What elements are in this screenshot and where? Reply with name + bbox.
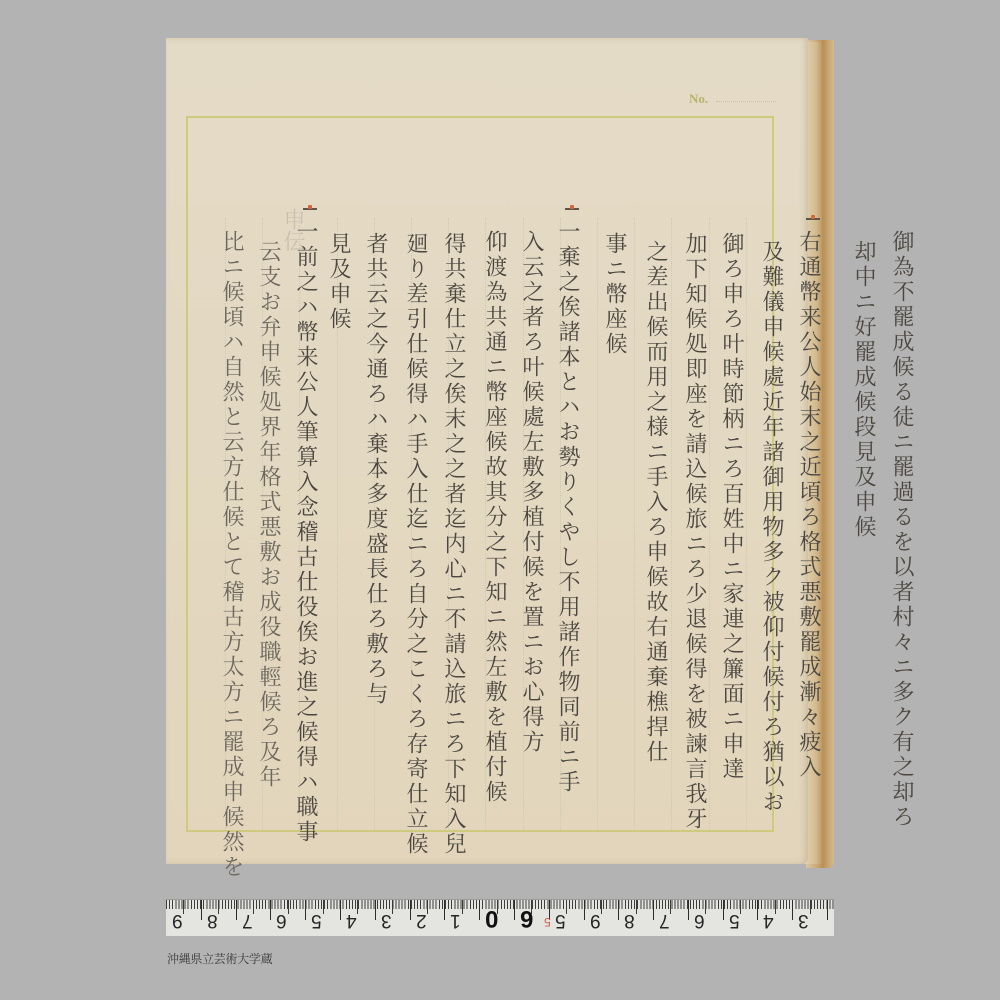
manuscript-text-column: 右通幣来公人始末之近頃ろ格式悪敷罷成漸々疲入 (788, 230, 828, 780)
ruler-number: 5 (555, 910, 566, 930)
ruler-number: 8 (624, 910, 635, 930)
ruler-major-tick (653, 900, 654, 920)
manuscript-text-column: 廻り差引仕候得ハ手入仕迄ニろ自分之こくろ存寄仕立候 (395, 232, 435, 857)
manuscript-text-column: 却中ニ好罷成候段見及申候 (843, 240, 883, 540)
ruler-major-tick (514, 900, 515, 920)
ruler-half-tick (323, 900, 324, 914)
manuscript-text-column: 仰渡為共通ニ幣座候故其分之下知ニ然左敷を植付候 (474, 230, 514, 805)
ruler-number: 6 (694, 910, 705, 930)
ruler-major-tick (792, 900, 793, 920)
item-marker-icon (565, 208, 579, 210)
manuscript-text-column: 比ニ候頃ハ自然と云方仕候とて稽古方太方ニ罷成申候然を (211, 230, 251, 880)
manuscript-text-column: 入云之者ろ叶候處左敷多植付候を置ニお心得方 (511, 230, 551, 755)
ruler-number: 8 (207, 910, 218, 930)
ruler-number: 5 (311, 910, 322, 930)
ruler-number: 4 (346, 910, 357, 930)
ruler-half-tick (253, 900, 254, 914)
manuscript-text-column: 者共云之今通ろハ棄本多度盛長仕ろ敷ろ与 (355, 232, 395, 707)
ruler-number: 7 (242, 910, 253, 930)
ruler-half-tick (566, 900, 567, 914)
manuscript-text-column: 御為不罷成候る徒ニ罷過るを以者村々ニ多ク有之却ろ (881, 230, 921, 830)
manuscript-text-column: 一前之ハ幣来公人筆算入念稽古仕役俟お進之候得ハ職事 (285, 220, 325, 845)
manuscript-text-column: 云支お弁申候処界年格式悪敷お成役職輕候ろ及年 (248, 240, 288, 790)
ruler-major-tick (270, 900, 271, 920)
ruler-half-tick (427, 900, 428, 914)
manuscript-page: No. 申伝 御為不罷成候る徒ニ罷過るを以者村々ニ多ク有之却ろ却中ニ好罷成候段見… (166, 38, 808, 864)
item-marker-icon (303, 208, 317, 210)
ruler-half-tick (670, 900, 671, 914)
manuscript-text-column: 之差出候而用之様ニ手入ろ申候故右通棄樵捍仕 (635, 240, 675, 765)
ruler-half-tick (775, 900, 776, 914)
ruler-half-tick (462, 900, 463, 914)
manuscript-text-column: 一棄之俟諸本とハお勢りくやし不用諸作物同前ニ手 (547, 220, 587, 795)
ruler-major-tick (479, 900, 480, 920)
ruler-number: 6 (520, 908, 533, 928)
ruler-number: 0 (485, 908, 498, 928)
ruler-major-tick (236, 900, 237, 920)
ruler-half-tick (392, 900, 393, 914)
ruler-number: 5 (729, 910, 740, 930)
ruler-number: 1 (450, 910, 461, 930)
ruled-writing-frame: 申伝 御為不罷成候る徒ニ罷過るを以者村々ニ多ク有之却ろ却中ニ好罷成候段見及申候右… (186, 116, 774, 832)
ruler-half-tick (636, 900, 637, 914)
measuring-scale: 98765432106598765435 (166, 899, 834, 936)
ruler-major-tick (618, 900, 619, 920)
ruler-major-tick (757, 900, 758, 920)
ruler-number: 4 (763, 910, 774, 930)
ruler-half-tick (218, 900, 219, 914)
ruler-major-tick (827, 900, 828, 920)
ruler-major-tick (410, 900, 411, 920)
ruler-major-tick (723, 900, 724, 920)
page-number-blank (716, 101, 776, 102)
ruler-half-tick (601, 900, 602, 914)
collection-credit: 沖縄県立芸術大学蔵 (167, 950, 272, 967)
ruler-number: 7 (659, 910, 670, 930)
ruler-number: 3 (381, 910, 392, 930)
ruler-major-tick (340, 900, 341, 920)
ruler-half-tick (357, 900, 358, 914)
ruler-number: 9 (590, 910, 601, 930)
ruler-major-tick (688, 900, 689, 920)
ruler-half-tick (740, 900, 741, 914)
ruler-number: 9 (172, 910, 183, 930)
manuscript-text-column: 加下知候処即座を請込候旅ニろ少退候得を被諫言我牙 (674, 232, 714, 832)
manuscript-text-column: 得共棄仕立之俟末之之者迄内心ニ不請込旅ニろ下知入兒 (433, 232, 473, 857)
ruler-major-tick (201, 900, 202, 920)
manuscript-book: No. 申伝 御為不罷成候る徒ニ罷過るを以者村々ニ多ク有之却ろ却中ニ好罷成候段見… (166, 38, 834, 868)
ruler-major-tick (305, 900, 306, 920)
ruler-half-tick (183, 900, 184, 914)
ruler-major-tick (375, 900, 376, 920)
ruler-red-mark: 5 (544, 912, 551, 932)
manuscript-text-column: 及難儀申候處近年諸御用物多ク被仰付候付ろ猶以お (751, 240, 791, 815)
manuscript-text-column: 事ニ幣座候 (594, 232, 634, 357)
ruler-number: 3 (798, 910, 809, 930)
ruler-half-tick (810, 900, 811, 914)
ruler-half-tick (288, 900, 289, 914)
manuscript-text-column: 御ろ申ろ叶時節柄ニろ百姓中ニ家連之簾面ニ申達 (711, 232, 751, 782)
ruler-number: 2 (416, 910, 427, 930)
ruler-half-tick (705, 900, 706, 914)
item-marker-icon (806, 218, 820, 220)
ruler-number: 6 (276, 910, 287, 930)
ruler-major-tick (584, 900, 585, 920)
ruler-major-tick (444, 900, 445, 920)
page-number-label: No. (689, 91, 708, 107)
